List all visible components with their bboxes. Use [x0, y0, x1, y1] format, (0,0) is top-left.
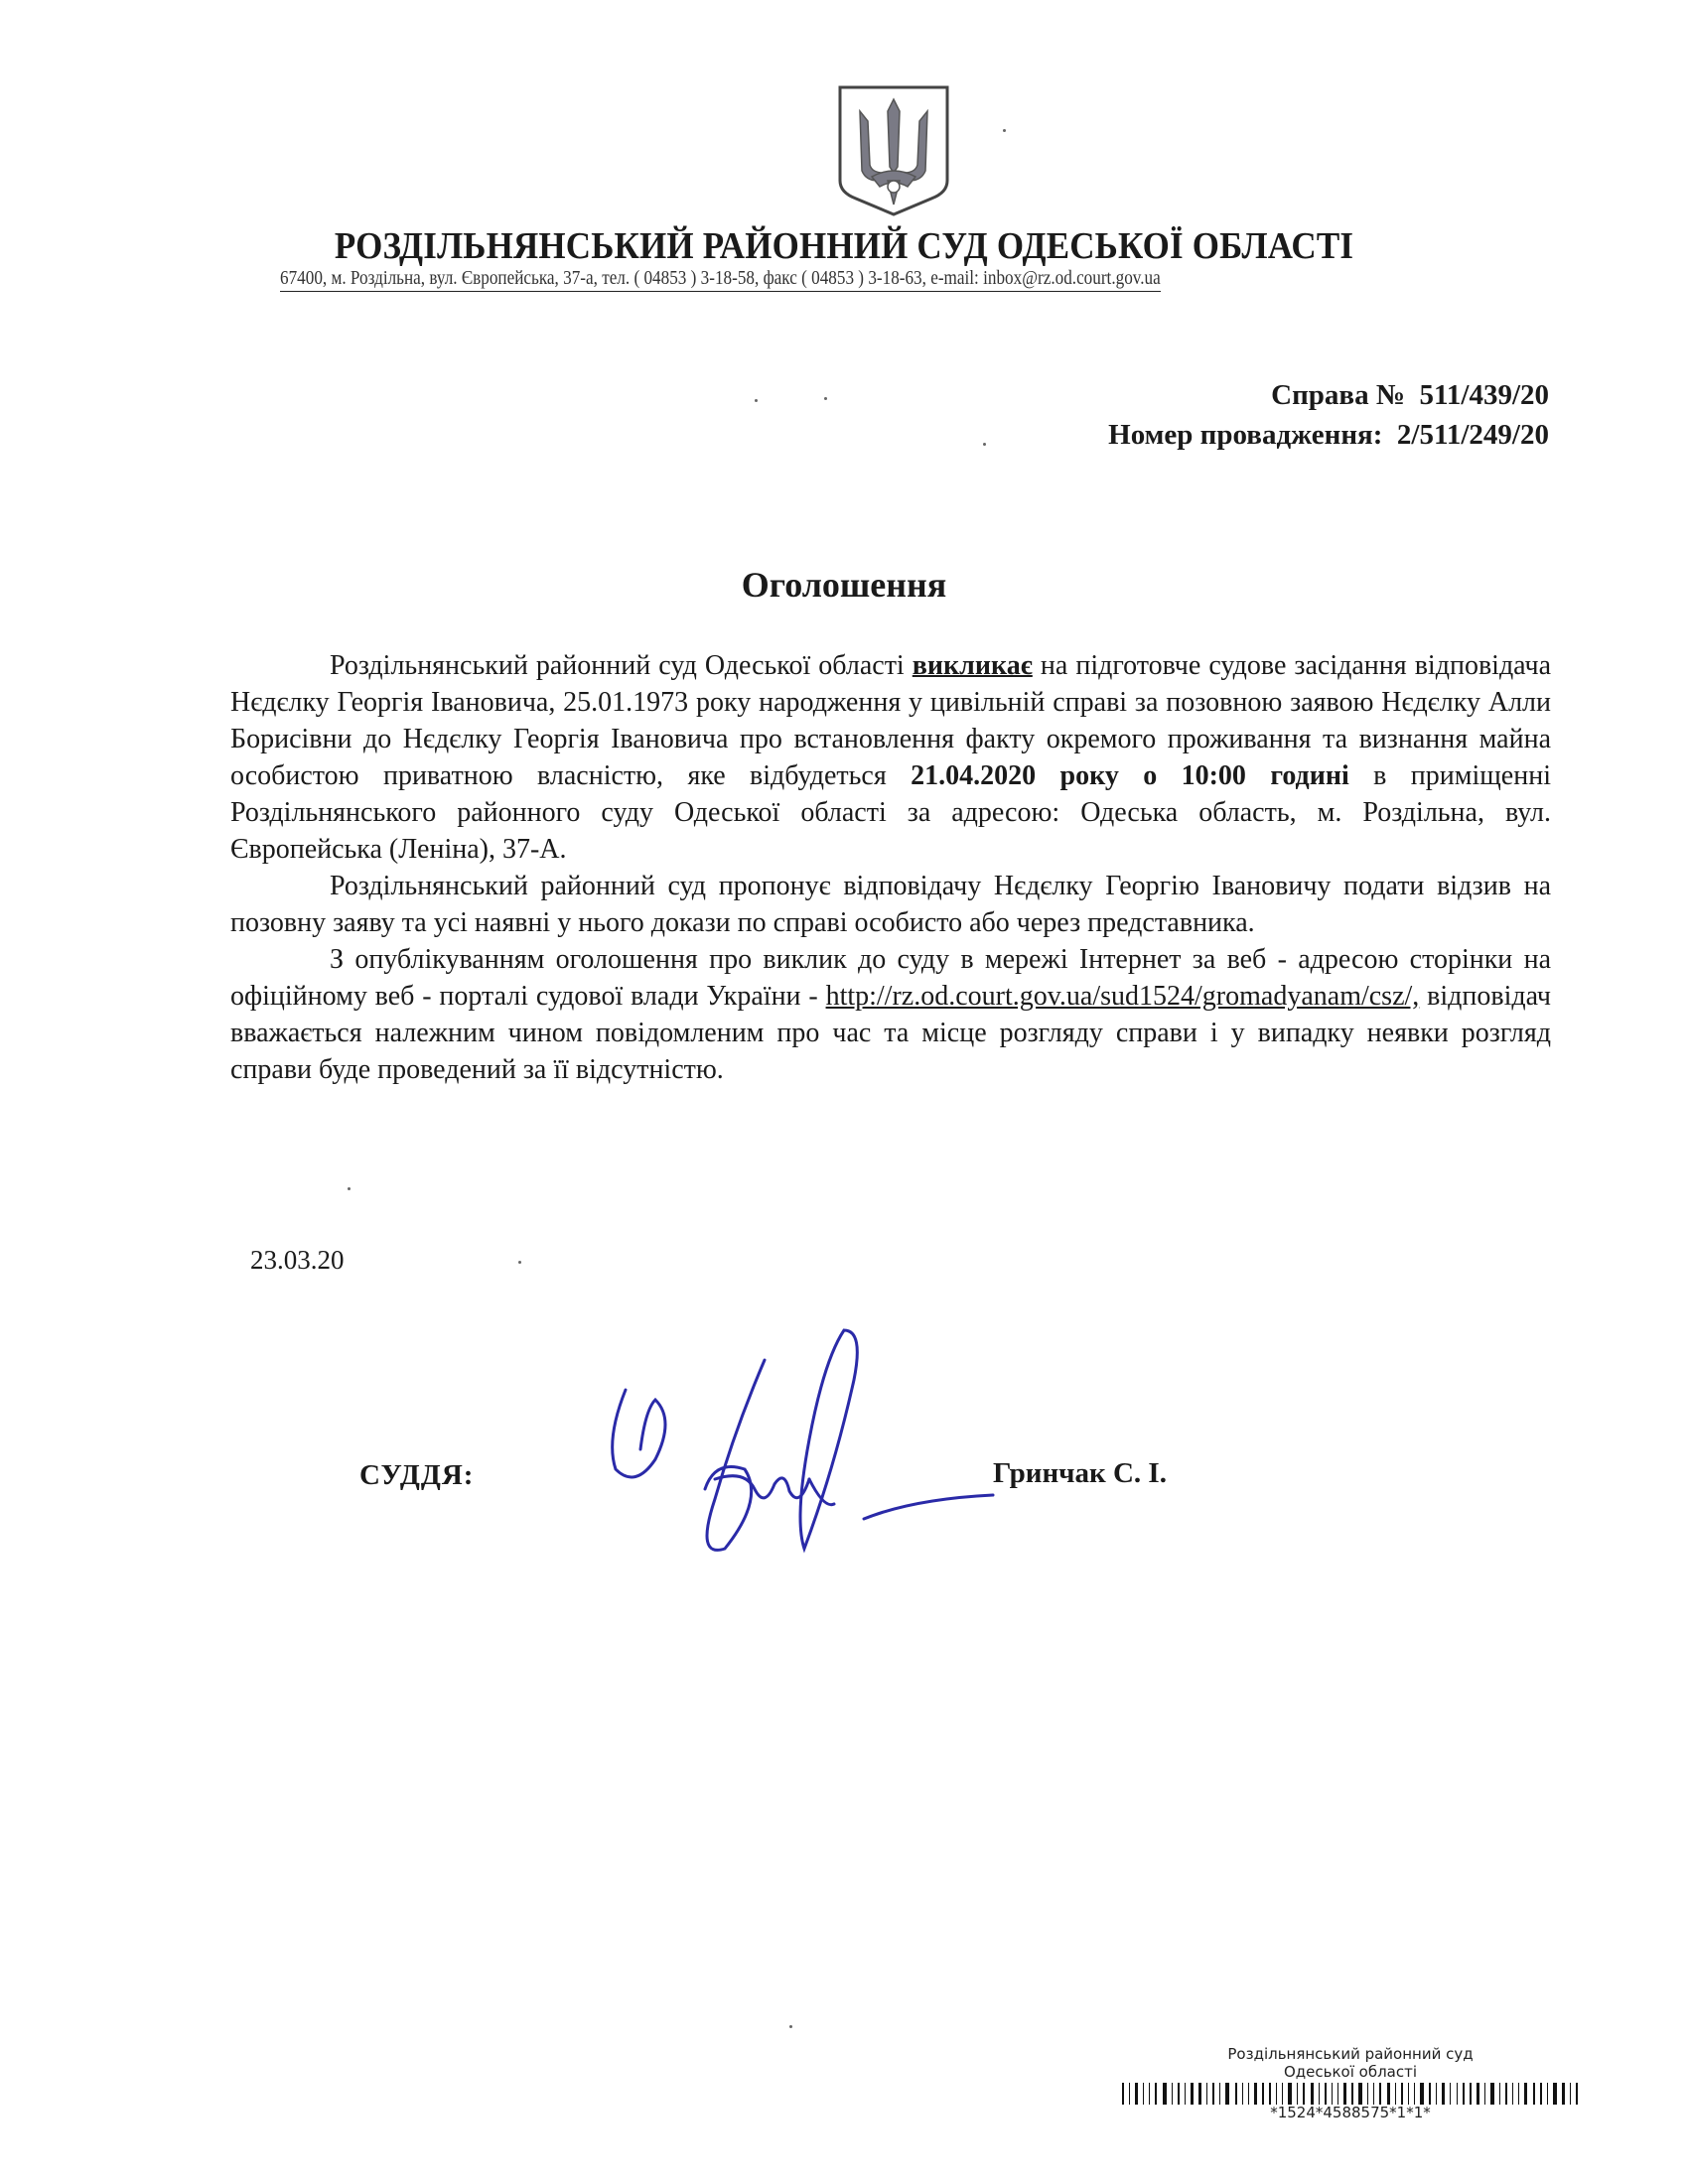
case-number-row: Справа № 511/439/20	[1108, 375, 1549, 415]
court-portal-link[interactable]: http://rz.od.court.gov.ua/sud1524/gromad…	[826, 981, 1420, 1012]
document-title: Оголошення	[0, 564, 1688, 606]
proceeding-number-row: Номер провадження: 2/511/249/20	[1108, 415, 1549, 455]
proceeding-number-label: Номер провадження:	[1108, 419, 1382, 451]
coat-of-arms-icon	[832, 81, 955, 216]
scan-speck	[789, 2025, 792, 2028]
stamp-court-line: Роздільнянський районний суд	[1122, 2045, 1579, 2063]
barcode-number: *1524*4588575*1*1*	[1122, 2105, 1579, 2120]
scan-speck	[518, 1261, 521, 1264]
handwritten-signature-icon	[596, 1320, 1013, 1569]
court-contact-line: 67400, м. Роздільна, вул. Європейська, 3…	[280, 268, 1161, 292]
document-date: 23.03.20	[250, 1245, 345, 1276]
summons-emphasis: викликає	[913, 650, 1033, 681]
case-number-label: Справа №	[1271, 379, 1405, 411]
case-info: Справа № 511/439/20 Номер провадження: 2…	[1108, 375, 1549, 455]
hearing-datetime: 21.04.2020 року о 10:00 годині	[911, 760, 1349, 791]
judge-name: Гринчак С. І.	[993, 1457, 1167, 1490]
announcement-body: Роздільнянський районний суд Одеської об…	[230, 647, 1551, 1088]
paragraph-publication: З опублікуванням оголошення про виклик д…	[230, 941, 1551, 1088]
text-span: Роздільнянський районний суд Одеської об…	[330, 650, 913, 681]
scan-speck	[755, 399, 758, 402]
registry-stamp: Роздільнянський районний суд Одеської об…	[1122, 2045, 1579, 2120]
stamp-region-line: Одеської області	[1122, 2063, 1579, 2081]
court-name-heading: РОЗДІЛЬНЯНСЬКИЙ РАЙОННИЙ СУД ОДЕСЬКОЇ ОБ…	[68, 224, 1620, 268]
paragraph-response: Роздільнянський районний суд пропонує ві…	[230, 868, 1551, 941]
paragraph-summons: Роздільнянський районний суд Одеської об…	[230, 647, 1551, 868]
barcode-icon	[1122, 2083, 1579, 2105]
scan-speck	[983, 443, 986, 446]
scan-speck	[348, 1187, 351, 1190]
case-number: 511/439/20	[1419, 379, 1549, 411]
scan-speck	[1003, 129, 1006, 132]
scan-speck	[824, 397, 827, 400]
proceeding-number: 2/511/249/20	[1397, 419, 1549, 451]
judge-label: СУДДЯ:	[359, 1459, 474, 1492]
